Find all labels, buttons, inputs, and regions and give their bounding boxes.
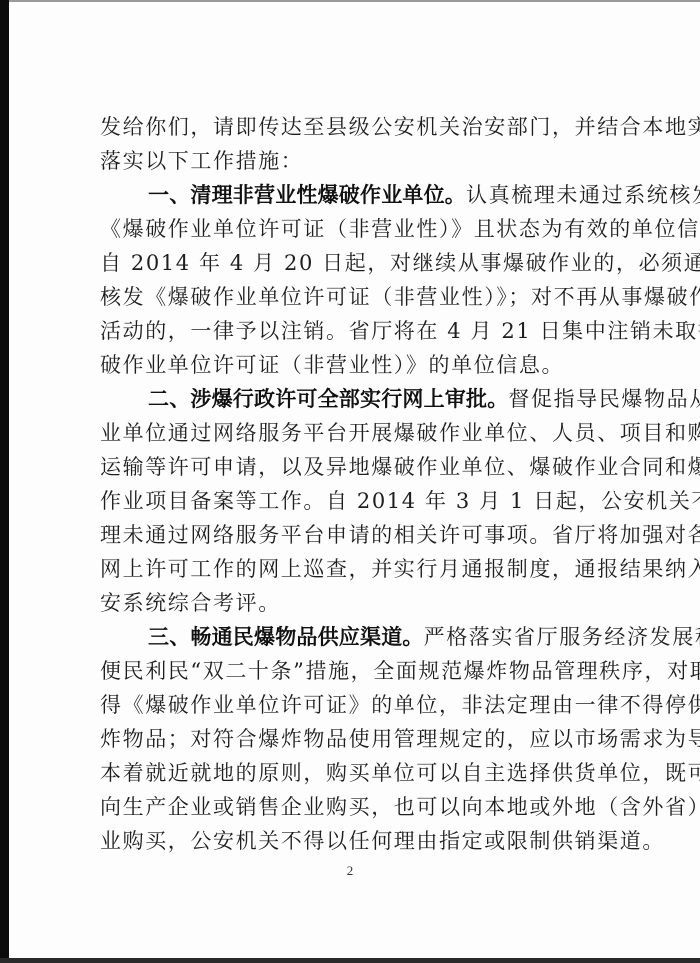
text-line: 《爆破作业单位许可证（非营业性）》且状态为有效的单位信息，	[100, 212, 612, 246]
text-line: 业单位通过网络服务平台开展爆破作业单位、人员、项目和购买、	[100, 416, 612, 450]
document-body: 发给你们，请即传达至县级公安机关治安部门，并结合本地实际 落实以下工作措施： 一…	[100, 110, 612, 858]
text-line: 落实以下工作措施：	[100, 144, 612, 178]
text-span: 严格落实省厅服务经济发展和	[424, 625, 700, 649]
paragraph-section-2: 二、涉爆行政许可全部实行网上审批。督促指导民爆物品从 业单位通过网络服务平台开展…	[100, 382, 612, 620]
section-heading-line: 二、涉爆行政许可全部实行网上审批。督促指导民爆物品从	[100, 382, 612, 416]
text-line: 核发《爆破作业单位许可证（非营业性）》；对不再从事爆破作业	[100, 280, 612, 314]
section-heading-line: 三、畅通民爆物品供应渠道。严格落实省厅服务经济发展和	[100, 620, 612, 654]
paragraph-section-1: 一、清理非营业性爆破作业单位。认真梳理未通过系统核发 《爆破作业单位许可证（非营…	[100, 178, 612, 382]
text-span: 认真梳理未通过系统核发	[466, 183, 700, 207]
text-line: 业购买，公安机关不得以任何理由指定或限制供销渠道。	[100, 824, 612, 858]
section-heading: 一、清理非营业性爆破作业单位。	[148, 183, 466, 207]
scan-border-left	[0, 0, 9, 963]
text-line: 活动的，一律予以注销。省厅将在 4 月 21 日集中注销未取得《爆	[100, 314, 612, 348]
text-line: 理未通过网络服务平台申请的相关许可事项。省厅将加强对各地	[100, 518, 612, 552]
text-line: 炸物品；对符合爆炸物品使用管理规定的，应以市场需求为导向	[100, 722, 612, 756]
text-line: 安系统综合考评。	[100, 586, 612, 620]
text-line: 作业项目备案等工作。自 2014 年 3 月 1 日起，公安机关不得受	[100, 484, 612, 518]
scan-border-bottom	[0, 958, 700, 963]
text-line: 运输等许可申请，以及异地爆破作业单位、爆破作业合同和爆破	[100, 450, 612, 484]
text-line: 得《爆破作业单位许可证》的单位，非法定理由一律不得停供爆	[100, 688, 612, 722]
text-span: 督促指导民爆物品从	[508, 387, 700, 411]
section-heading-line: 一、清理非营业性爆破作业单位。认真梳理未通过系统核发	[100, 178, 612, 212]
paragraph-intro: 发给你们，请即传达至县级公安机关治安部门，并结合本地实际 落实以下工作措施：	[100, 110, 612, 178]
text-line: 便民利民“双二十条”措施，全面规范爆炸物品管理秩序，对取	[100, 654, 612, 688]
text-line: 向生产企业或销售企业购买，也可以向本地或外地（含外省）企	[100, 790, 612, 824]
paragraph-section-3: 三、畅通民爆物品供应渠道。严格落实省厅服务经济发展和 便民利民“双二十条”措施，…	[100, 620, 612, 858]
scan-border-top	[9, 0, 700, 2]
section-heading: 二、涉爆行政许可全部实行网上审批。	[148, 387, 508, 411]
section-heading: 三、畅通民爆物品供应渠道。	[148, 625, 424, 649]
text-line: 自 2014 年 4 月 20 日起，对继续从事爆破作业的，必须通过系统	[100, 246, 612, 280]
page-number: 2	[0, 863, 700, 879]
text-line: 本着就近就地的原则，购买单位可以自主选择供货单位，既可以	[100, 756, 612, 790]
text-line: 破作业单位许可证（非营业性）》的单位信息。	[100, 348, 612, 382]
text-line: 发给你们，请即传达至县级公安机关治安部门，并结合本地实际	[100, 110, 612, 144]
text-line: 网上许可工作的网上巡查，并实行月通报制度，通报结果纳入治	[100, 552, 612, 586]
